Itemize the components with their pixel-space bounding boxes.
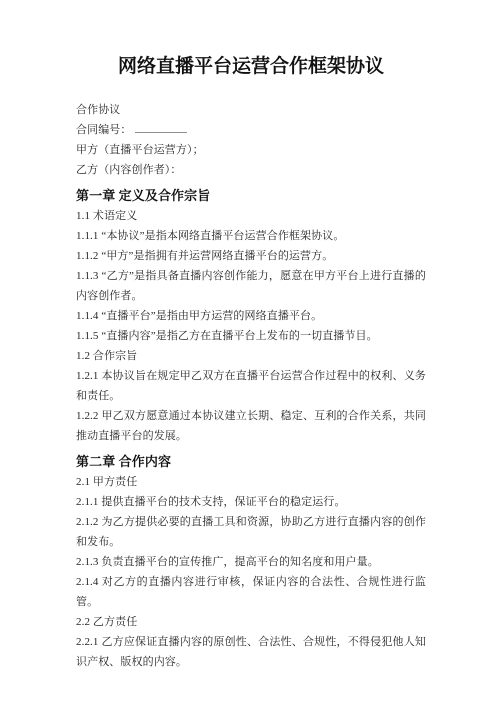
paragraph: 2.1.4 对乙方的直播内容进行审核，保证内容的合法性、合规性进行监管。	[76, 572, 426, 612]
document-page: 网络直播平台运营合作框架协议 合作协议合同编号：甲方（直播平台运营方）；乙方（内…	[0, 0, 500, 707]
paragraph: 乙方（内容创作者）：	[76, 160, 426, 180]
paragraph: 合作协议	[76, 100, 426, 120]
paragraph: 1.1.1 “本协议”是指本网络直播平台运营合作框架协议。	[76, 226, 426, 246]
paragraph: 合同编号：	[76, 120, 426, 140]
contract-number-label: 合同编号：	[76, 124, 132, 136]
contract-number-blank-line	[135, 121, 187, 133]
paragraph: 1.1.3 “乙方”是指具备直播内容创作能力，愿意在甲方平台上进行直播的内容创作…	[76, 266, 426, 306]
paragraph: 1.1 术语定义	[76, 206, 426, 226]
paragraph: 2.1.1 提供直播平台的技术支持，保证平台的稳定运行。	[76, 492, 426, 512]
paragraph: 2.2 乙方责任	[76, 612, 426, 632]
paragraph: 2.2.1 乙方应保证直播内容的原创性、合法性、合规性，不得侵犯他人知识产权、版…	[76, 632, 426, 672]
document-body: 合作协议合同编号：甲方（直播平台运营方）；乙方（内容创作者）：第一章 定义及合作…	[76, 100, 426, 672]
paragraph: 甲方（直播平台运营方）；	[76, 140, 426, 160]
paragraph: 1.2 合作宗旨	[76, 346, 426, 366]
paragraph: 2.1.2 为乙方提供必要的直播工具和资源，协助乙方进行直播内容的创作和发布。	[76, 512, 426, 552]
paragraph: 2.1 甲方责任	[76, 472, 426, 492]
paragraph: 1.1.4 “直播平台”是指由甲方运营的网络直播平台。	[76, 306, 426, 326]
section-heading: 第二章 合作内容	[76, 452, 426, 472]
paragraph: 1.1.5 “直播内容”是指乙方在直播平台上发布的一切直播节目。	[76, 326, 426, 346]
paragraph: 2.1.3 负责直播平台的宣传推广，提高平台的知名度和用户量。	[76, 552, 426, 572]
paragraph: 1.1.2 “甲方”是指拥有并运营网络直播平台的运营方。	[76, 246, 426, 266]
paragraph: 1.2.2 甲乙双方愿意通过本协议建立长期、稳定、互利的合作关系，共同推动直播平…	[76, 406, 426, 446]
paragraph: 1.2.1 本协议旨在规定甲乙双方在直播平台运营合作过程中的权利、义务和责任。	[76, 366, 426, 406]
document-title: 网络直播平台运营合作框架协议	[76, 52, 426, 82]
section-heading: 第一章 定义及合作宗旨	[76, 186, 426, 206]
